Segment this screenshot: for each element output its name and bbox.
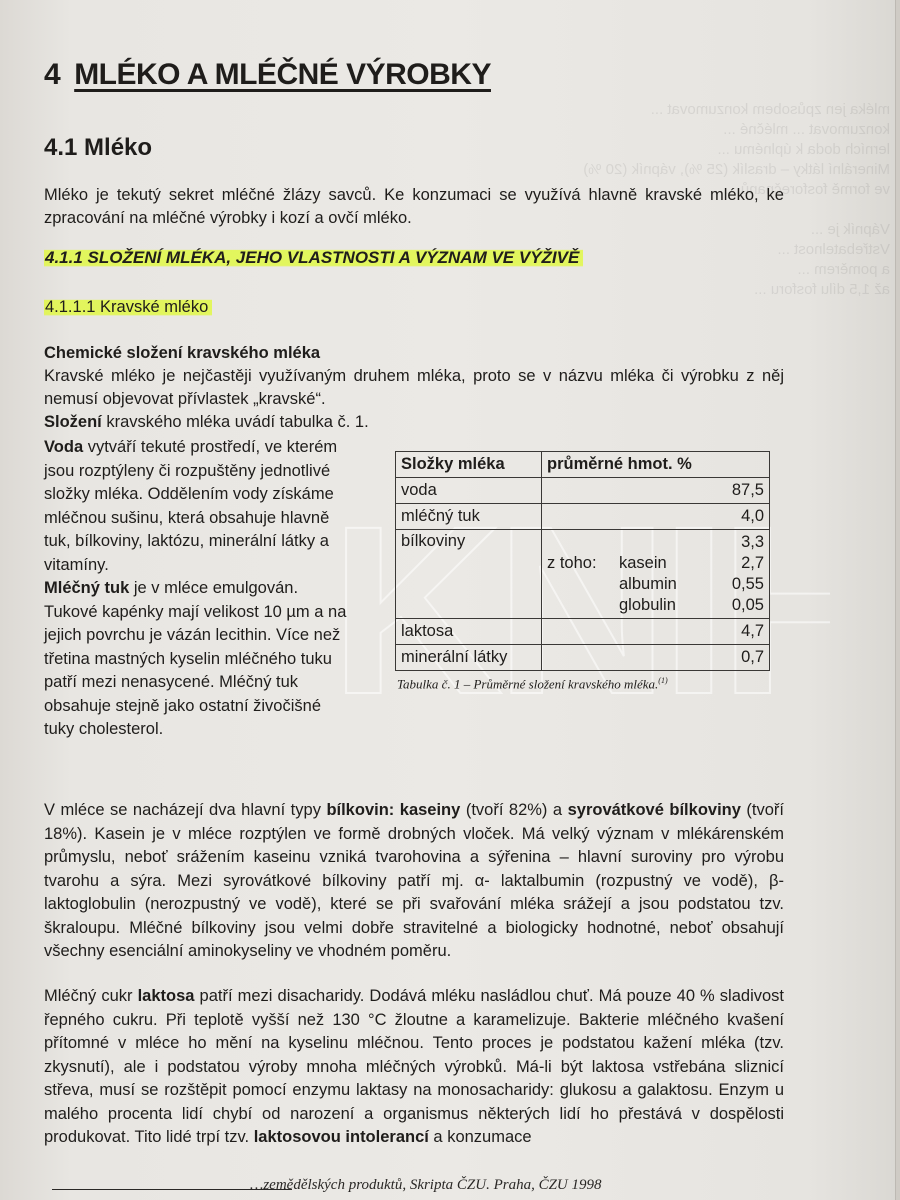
tuk-text: je v mléce emulgován. Tukové kapénky maj… <box>44 579 346 738</box>
table-cell-name: voda <box>396 478 542 504</box>
table-cell-name: bílkoviny <box>396 530 542 619</box>
voda-text: vytváří tekuté prostředí, ve kterém jsou… <box>44 438 337 574</box>
chemical-composition-heading: Chemické složení kravského mléka <box>44 344 320 363</box>
bold-run: bílkovin: kaseiny <box>326 801 460 819</box>
composition-reference: Složení kravského mléka uvádí tabulka č.… <box>44 411 369 434</box>
breakdown-names: kasein albumin globulin <box>619 532 732 616</box>
milk-composition-table: Složky mléka průměrné hmot. % voda 87,5 … <box>395 451 770 671</box>
composition-text: kravského mléka uvádí tabulka č. 1. <box>102 413 369 431</box>
table-cell-value: 4,7 <box>542 619 770 645</box>
lactose-paragraph: Mléčný cukr laktosa patří mezi disachari… <box>44 985 784 1150</box>
breakdown-label-col: z toho: <box>547 532 619 616</box>
text-run: (tvoří 18%). Kasein je v mléce rozptýlen… <box>44 801 784 960</box>
intro-paragraph: Mléko je tekutý sekret mléčné žlázy savc… <box>44 184 784 230</box>
breakdown-name: albumin <box>619 574 732 595</box>
bold-run: laktosa <box>138 987 195 1005</box>
table-header: průměrné hmot. % <box>542 452 770 478</box>
table-cell-value: 3,3 <box>732 532 764 553</box>
table-header: Složky mléka <box>396 452 542 478</box>
book-page: mléka jen způsobem konzumovat ...konzumo… <box>0 0 896 1200</box>
table-cell-value: 87,5 <box>542 478 770 504</box>
text-run: patří mezi disacharidy. Dodává mléku nas… <box>44 987 784 1146</box>
composition-bold: Složení <box>44 413 102 431</box>
text-run: V mléce se nacházejí dva hlavní typy <box>44 801 326 819</box>
table-cell-name: laktosa <box>396 619 542 645</box>
breakdown-value: 0,55 <box>732 574 764 595</box>
table-row: mléčný tuk 4,0 <box>396 504 770 530</box>
table-caption: Tabulka č. 1 – Průměrné složení kravskéh… <box>397 676 668 692</box>
breakdown-value: 0,05 <box>732 595 764 616</box>
bleed-through-text: mléka jen způsobem konzumovat ...konzumo… <box>470 100 890 360</box>
section-title: 4.1 Mléko <box>44 134 152 162</box>
chemical-composition-paragraph: Kravské mléko je nejčastěji využívaným d… <box>44 365 784 411</box>
chapter-title-text: MLÉKO A MLÉČNÉ VÝROBKY <box>74 58 491 91</box>
table-cell-name: mléčný tuk <box>396 504 542 530</box>
table-caption-text: Tabulka č. 1 – Průměrné složení kravskéh… <box>397 676 658 691</box>
text-run: a konzumace <box>429 1128 532 1146</box>
text-run: (tvoří 82%) a <box>460 801 567 819</box>
bold-run: laktosovou intolerancí <box>254 1128 429 1146</box>
breakdown-label: z toho: <box>547 553 619 574</box>
subsubsection-title: 4.1.1.1 Kravské mléko <box>44 298 212 317</box>
table-cell-value: 4,0 <box>542 504 770 530</box>
voda-bold: Voda <box>44 438 83 456</box>
chapter-title: 4MLÉKO A MLÉČNÉ VÝROBKY <box>44 58 491 92</box>
breakdown-value: 2,7 <box>732 553 764 574</box>
footnote: …zemědělských produktů, Skripta ČZU. Pra… <box>250 1177 602 1194</box>
table-cell-breakdown: z toho: kasein albumin globulin 3,3 2,7 … <box>542 530 770 619</box>
breakdown-values: 3,3 2,7 0,55 0,05 <box>732 532 764 616</box>
subsection-title-highlighted: 4.1.1 SLOŽENÍ MLÉKA, JEHO VLASTNOSTI A V… <box>44 248 583 267</box>
table-row: minerální látky 0,7 <box>396 645 770 671</box>
table-header-row: Složky mléka průměrné hmot. % <box>396 452 770 478</box>
table-cell-name: minerální látky <box>396 645 542 671</box>
breakdown-name: kasein <box>619 553 732 574</box>
subsection-title: 4.1.1 SLOŽENÍ MLÉKA, JEHO VLASTNOSTI A V… <box>44 248 583 268</box>
table-row: laktosa 4,7 <box>396 619 770 645</box>
table-caption-ref: (1) <box>658 676 667 685</box>
subsubsection-title-highlighted: 4.1.1.1 Kravské mléko <box>44 298 212 316</box>
proteins-paragraph: V mléce se nacházejí dva hlavní typy bíl… <box>44 799 784 964</box>
bold-run: syrovátkové bílkoviny <box>568 801 741 819</box>
table-cell-value: 0,7 <box>542 645 770 671</box>
page-edge <box>895 0 900 1200</box>
breakdown-name: globulin <box>619 595 732 616</box>
tuk-bold: Mléčný tuk <box>44 579 129 597</box>
table-row: bílkoviny z toho: kasein albumin globuli… <box>396 530 770 619</box>
chapter-number: 4 <box>44 58 60 91</box>
text-run: Mléčný cukr <box>44 987 138 1005</box>
left-column-text: Voda vytváří tekuté prostředí, ve kterém… <box>44 436 354 742</box>
table-row: voda 87,5 <box>396 478 770 504</box>
